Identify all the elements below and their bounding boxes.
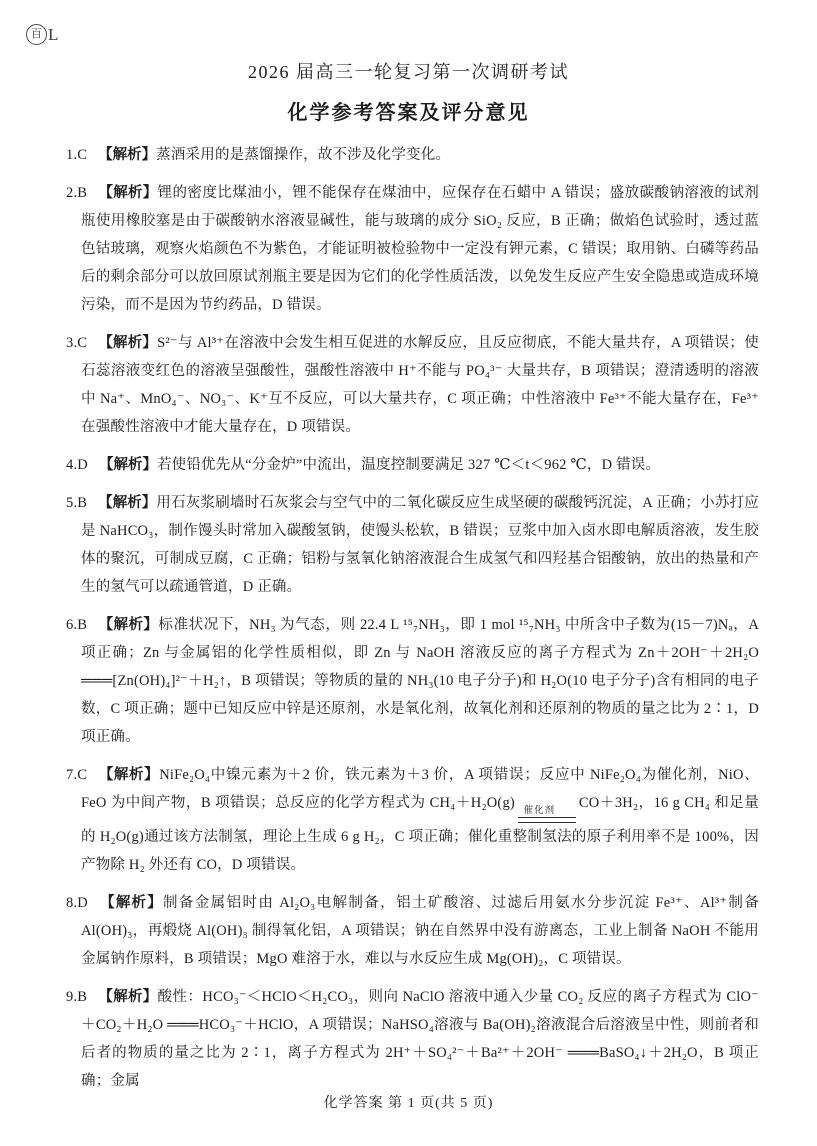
- page-subtitle: 化学参考答案及评分意见: [0, 96, 817, 125]
- question-answer: 3.C: [66, 335, 87, 351]
- page-footer: 化学答案 第 1 页(共 5 页): [0, 1092, 817, 1112]
- analysis-tag: 【解析】: [98, 989, 157, 1005]
- analysis-tag: 【解析】: [99, 895, 163, 911]
- answer-item-9: 9.B【解析】酸性：HCO₃⁻＜HClO＜H₂CO₃，则向 NaClO 溶液中通…: [66, 983, 759, 1095]
- analysis-tag: 【解析】: [99, 457, 157, 473]
- double-bond-line: [518, 817, 576, 823]
- analysis-tag: 【解析】: [98, 495, 156, 511]
- answer-item-7: 7.C【解析】NiFe₂O₄中镍元素为＋2 价，铁元素为＋3 价，A 项错误；反…: [66, 761, 759, 879]
- analysis-tag: 【解析】: [98, 147, 156, 163]
- catalyst-equation-sign: 催化剂: [518, 806, 576, 823]
- analysis-tag: 【解析】: [98, 617, 158, 633]
- answer-item-3: 3.C【解析】S²⁻与 Al³⁺在溶液中会发生相互促进的水解反应，且反应彻底，不…: [66, 329, 759, 441]
- answer-item-8: 8.D【解析】制备金属铝时由 Al₂O₃电解制备，铝土矿酸溶、过滤后用氨水分步沉…: [66, 889, 759, 973]
- answer-item-1: 1.C【解析】蒸酒采用的是蒸馏操作，故不涉及化学变化。: [66, 141, 759, 169]
- analysis-text: 标准状况下，NH₃ 为气态，则 22.4 L ¹⁵₇NH₃，即 1 mol ¹⁵…: [81, 617, 759, 745]
- analysis-text: 制备金属铝时由 Al₂O₃电解制备，铝土矿酸溶、过滤后用氨水分步沉淀 Fe³⁺、…: [81, 895, 759, 967]
- analysis-text: 用石灰浆刷墙时石灰浆会与空气中的二氧化碳反应生成坚硬的碳酸钙沉淀，A 正确；小苏…: [81, 495, 759, 595]
- analysis-text: 蒸酒采用的是蒸馏操作，故不涉及化学变化。: [156, 147, 450, 163]
- analysis-tag: 【解析】: [98, 767, 159, 783]
- answer-item-4: 4.D【解析】若使铅优先从“分金炉”中流出，温度控制要满足 327 ℃＜t＜96…: [66, 451, 759, 479]
- answer-item-6: 6.B【解析】标准状况下，NH₃ 为气态，则 22.4 L ¹⁵₇NH₃，即 1…: [66, 611, 759, 751]
- question-answer: 9.B: [66, 989, 87, 1005]
- question-answer: 4.D: [66, 457, 88, 473]
- question-answer: 5.B: [66, 495, 87, 511]
- answer-item-2: 2.B【解析】锂的密度比煤油小，锂不能保存在煤油中，应保存在石蜡中 A 错误；盛…: [66, 179, 759, 319]
- answer-item-5: 5.B【解析】用石灰浆刷墙时石灰浆会与空气中的二氧化碳反应生成坚硬的碳酸钙沉淀，…: [66, 489, 759, 601]
- page-title: 2026 届高三一轮复习第一次调研考试: [0, 0, 817, 84]
- answers-content: 1.C【解析】蒸酒采用的是蒸馏操作，故不涉及化学变化。 2.B【解析】锂的密度比…: [66, 141, 759, 1095]
- publisher-stamp: 百L: [26, 24, 58, 45]
- stamp-circle-icon: 百: [26, 24, 47, 45]
- analysis-text: 若使铅优先从“分金炉”中流出，温度控制要满足 327 ℃＜t＜962 ℃，D 错…: [157, 457, 660, 473]
- analysis-text: 酸性：HCO₃⁻＜HClO＜H₂CO₃，则向 NaClO 溶液中通入少量 CO₂…: [81, 989, 759, 1089]
- stamp-letter: L: [48, 25, 58, 44]
- analysis-text: S²⁻与 Al³⁺在溶液中会发生相互促进的水解反应，且反应彻底，不能大量共存，A…: [81, 335, 759, 435]
- analysis-tag: 【解析】: [98, 335, 157, 351]
- question-answer: 2.B: [66, 185, 87, 201]
- answer-sheet-page: 百L 2026 届高三一轮复习第一次调研考试 化学参考答案及评分意见 1.C【解…: [0, 0, 817, 1146]
- analysis-tag: 【解析】: [98, 185, 157, 201]
- catalyst-condition-label: 催化剂: [539, 806, 556, 817]
- question-answer: 8.D: [66, 895, 88, 911]
- question-answer: 1.C: [66, 147, 87, 163]
- question-answer: 6.B: [66, 617, 87, 633]
- analysis-text: 锂的密度比煤油小，锂不能保存在煤油中，应保存在石蜡中 A 错误；盛放碳酸钠溶液的…: [81, 185, 759, 313]
- question-answer: 7.C: [66, 767, 87, 783]
